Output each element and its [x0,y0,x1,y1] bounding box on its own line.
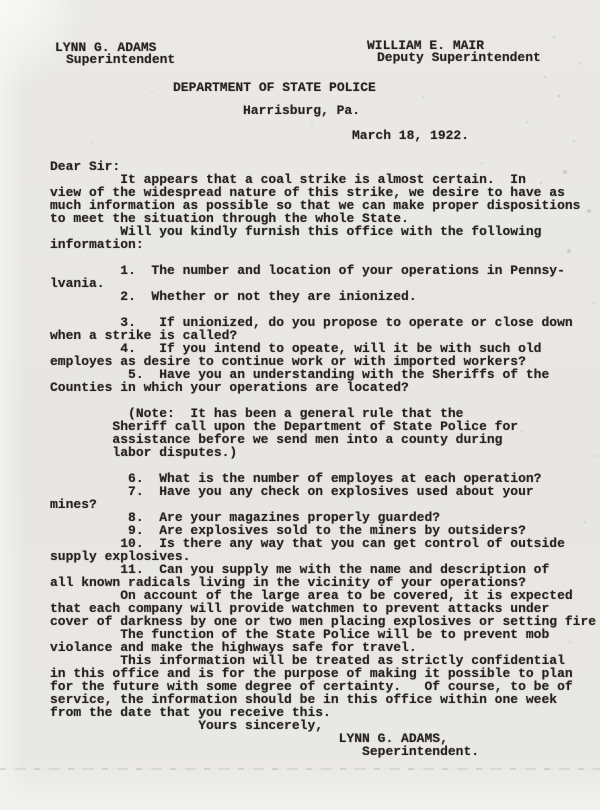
document-line: Counties in which your operations are lo… [50,381,596,394]
city-line: Harrisburg, Pa. [243,104,360,117]
date-line: March 18, 1922. [352,129,469,142]
document-line: 7. Have you any check on explosives used… [50,485,596,498]
document-line: labor disputes.) [50,446,596,459]
letter-page: LYNN G. ADAMS Superintendent WILLIAM E. … [0,0,600,810]
fold-crease [0,768,600,770]
paper-noise-speckles [0,0,2,2]
document-line: information: [50,238,596,251]
right-official-title: Deputy Superintendent [377,51,541,64]
document-line: 2. Whether or not they are inionized. [50,290,596,303]
department-heading: DEPARTMENT OF STATE POLICE [173,81,376,94]
left-official-title: Superintendent [66,53,175,66]
document-line: Seperintendent. [50,745,596,758]
letter-body: Dear Sir: It appears that a coal strike … [50,160,596,758]
document-line: 1. The number and location of your opera… [50,264,596,277]
